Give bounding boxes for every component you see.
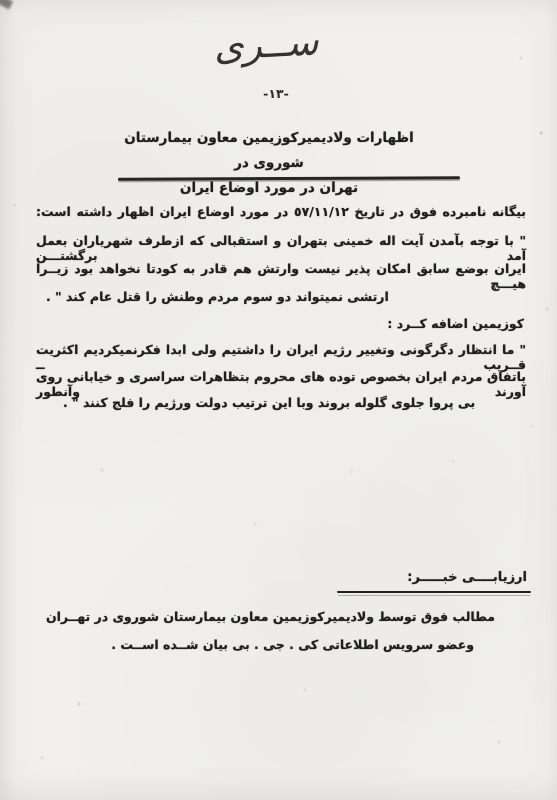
evaluation-line-2: وعضو سرویس اطلاعاتی کی . جی . بی بیان شـ… [111,637,474,652]
quote2-line-3: بی پروا جلوی گلوله بروند وبا این ترتیب د… [63,395,475,410]
document-title: اظهارات ولادیمیرکوزیمین معاون بیمارستان … [103,126,435,201]
intro-line: بیگانه نامبرده فوق در تاریخ ٥٧/١١/١٢ در … [36,204,526,219]
quote1-line-2: ایران بوضع سابق امکان پذیر نیست وارتش هم… [36,261,526,291]
quote1-line-1: " با توجه بآمدن آیت اله خمینی بتهران و ا… [36,233,526,263]
attribution-line: کوزیمین اضافه کــرد : [387,316,524,331]
evaluation-heading-underline [337,591,531,593]
evaluation-heading: ارزیابــــی خبـــــر: [407,570,527,585]
quote1-line-3: ارتشی نمیتواند دو سوم مردم وطنش را قتل ع… [46,289,389,304]
evaluation-line-1: مطالب فوق توسط ولادیمیرکوزیمین معاون بیم… [46,609,495,624]
classification-marking: ســرى [197,18,335,69]
page-number: -١٣- [238,86,314,101]
quote2-line-1: " ما انتظار دگرگونی وتغییر رژیم ایران را… [36,342,526,372]
scanned-document-page: ســرى -١٣- اظهارات ولادیمیرکوزیمین معاون… [0,0,557,800]
title-line-1: اظهارات ولادیمیرکوزیمین معاون بیمارستان … [103,126,435,176]
document-text-layer: ســرى -١٣- اظهارات ولادیمیرکوزیمین معاون… [0,0,557,800]
